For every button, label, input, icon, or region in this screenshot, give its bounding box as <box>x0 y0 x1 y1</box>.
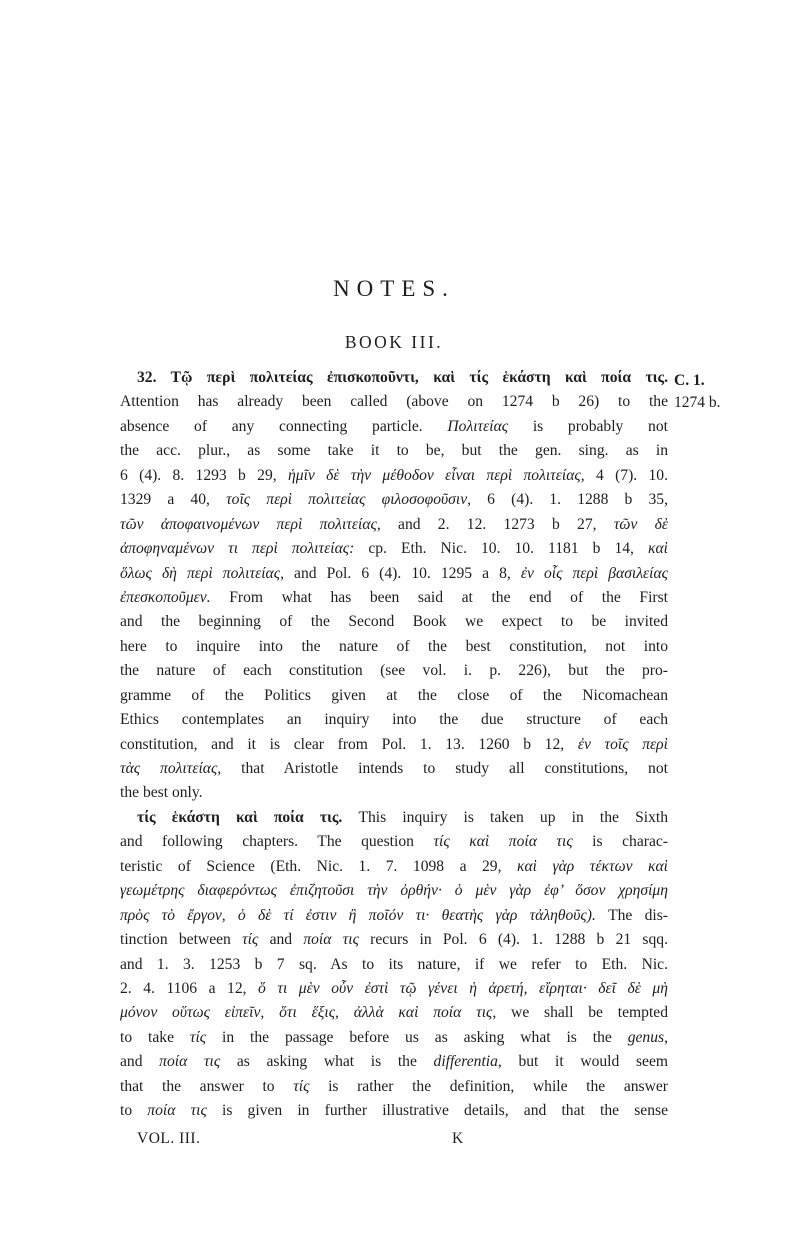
greek-text: ὅ τι μὲν οὖν ἐστὶ τῷ γένει ἡ ἀρετή, εἴρη… <box>258 980 668 997</box>
greek-text: καὶ <box>648 540 668 557</box>
margin-note-bekker-line: 1274 b. <box>674 394 721 411</box>
text-line: and the beginning of the Second Book we … <box>120 610 668 634</box>
text-line: here to inquire into the nature of the b… <box>120 635 668 659</box>
text-line: γεωμέτρης διαφερόντως ἐπιζητοῦσι τὴν ὀρθ… <box>120 879 668 903</box>
body-text: 2. 4. 1106 a 12, <box>120 980 258 997</box>
body-text: 6 (4). 8. 1293 b 29, <box>120 467 288 484</box>
margin-note-chapter: C. 1. <box>674 372 705 389</box>
text-line: τῶν ἀποφαινομένων περὶ πολιτείας, and 2.… <box>120 513 668 537</box>
greek-text: τίς καὶ ποία τις <box>433 833 572 850</box>
text-line: 32. Τῷ περὶ πολιτείας ἐπισκοποῦντι, καὶ … <box>120 366 668 390</box>
footer-signature-mark: K <box>452 1130 463 1149</box>
body-text: is probably not <box>508 418 668 435</box>
body-text: and <box>258 931 303 948</box>
body-text: The dis- <box>596 907 668 924</box>
text-line: and ποία τις as asking what is the diffe… <box>120 1050 668 1074</box>
body-text: differentia <box>434 1053 498 1070</box>
text-line: tinction between τίς and ποία τις recurs… <box>120 928 668 952</box>
greek-text: μόνον οὕτως εἰπεῖν, ὅτι ἕξις, ἀλλὰ καὶ π… <box>120 1004 496 1021</box>
greek-text: τίς <box>242 931 258 948</box>
greek-text: ἐπεσκοποῦμεν. <box>120 589 211 606</box>
body-text: we shall be tempted <box>496 1004 668 1021</box>
book-page: NOTES. BOOK III. 32. Τῷ περὶ πολιτείας ἐ… <box>0 0 800 1237</box>
text-line: the best only. <box>120 781 668 805</box>
body-text: and 1. 3. 1253 b 7 sq. As to its nature,… <box>120 956 668 973</box>
body-text: genus <box>628 1029 664 1046</box>
body-text: 32. <box>137 369 171 386</box>
text-line: absence of any connecting particle. Πολι… <box>120 415 668 439</box>
body-text: , <box>664 1029 668 1046</box>
body-text-block: 32. Τῷ περὶ πολιτείας ἐπισκοποῦντι, καὶ … <box>120 366 668 1124</box>
body-text: that the answer to <box>120 1078 293 1095</box>
greek-text: πρὸς τὸ ἔργον, ὁ δὲ τί ἐστιν ἢ ποῖόν τι·… <box>120 907 596 924</box>
body-text: and 2. 12. 1273 b 27, <box>381 516 614 533</box>
body-text: is given in further illustrative details… <box>207 1102 668 1119</box>
text-line: μόνον οὕτως εἰπεῖν, ὅτι ἕξις, ἀλλὰ καὶ π… <box>120 1001 668 1025</box>
body-text: absence of any connecting particle. <box>120 418 447 435</box>
body-text: gramme of the Politics given at the clos… <box>120 687 668 704</box>
greek-text: ποία τις <box>147 1102 207 1119</box>
book-heading: BOOK III. <box>120 332 668 353</box>
footer-volume-label: VOL. III. <box>137 1130 200 1149</box>
text-line: the nature of each constitution (see vol… <box>120 659 668 683</box>
text-line: 1329 a 40, τοῖς περὶ πολιτείας φιλοσοφοῦ… <box>120 488 668 512</box>
text-line: gramme of the Politics given at the clos… <box>120 684 668 708</box>
text-line: constitution, and it is clear from Pol. … <box>120 733 668 757</box>
text-line: 6 (4). 8. 1293 b 29, ἡμῖν δὲ τὴν μέθοδον… <box>120 464 668 488</box>
body-text: as asking what is the <box>220 1053 433 1070</box>
text-line: πρὸς τὸ ἔργον, ὁ δὲ τί ἐστιν ἢ ποῖόν τι·… <box>120 904 668 928</box>
body-text: to <box>120 1102 147 1119</box>
greek-text: Τῷ περὶ πολιτείας ἐπισκοποῦντι, καὶ τίς … <box>171 369 668 386</box>
greek-text: τοῖς περὶ πολιτείας φιλοσοφοῦσιν, <box>226 491 471 508</box>
greek-text: καὶ γὰρ τέκτων καὶ <box>517 858 668 875</box>
text-line: Attention has already been called (above… <box>120 390 668 414</box>
body-text: Ethics contemplates an inquiry into the … <box>120 711 668 728</box>
text-line: that the answer to τίς is rather the def… <box>120 1075 668 1099</box>
body-text: is rather the definition, while the answ… <box>309 1078 668 1095</box>
body-text: here to inquire into the nature of the b… <box>120 638 668 655</box>
body-text: 1329 a 40, <box>120 491 226 508</box>
body-text: Attention has already been called (above… <box>120 393 668 410</box>
text-line: to take τίς in the passage before us as … <box>120 1026 668 1050</box>
body-text: tinction between <box>120 931 242 948</box>
greek-text: ὅλως δὴ περὶ πολιτείας, <box>120 565 284 582</box>
text-line: and following chapters. The question τίς… <box>120 830 668 854</box>
greek-text: Πολιτείας <box>447 418 508 435</box>
text-line: τὰς πολιτείας, that Aristotle intends to… <box>120 757 668 781</box>
body-text: 4 (7). 10. <box>585 467 668 484</box>
body-text: cp. Eth. Nic. 10. 10. 1181 b 14, <box>354 540 648 557</box>
body-text: constitution, and it is clear from Pol. … <box>120 736 578 753</box>
greek-text: τῶν ἀποφαινομένων περὶ πολιτείας, <box>120 516 381 533</box>
body-text: the nature of each constitution (see vol… <box>120 662 668 679</box>
text-line: ὅλως δὴ περὶ πολιτείας, and Pol. 6 (4). … <box>120 562 668 586</box>
text-line: teristic of Science (Eth. Nic. 1. 7. 109… <box>120 855 668 879</box>
text-line: ἐπεσκοποῦμεν. From what has been said at… <box>120 586 668 610</box>
body-text: teristic of Science (Eth. Nic. 1. 7. 109… <box>120 858 517 875</box>
greek-text: τῶν δὲ <box>614 516 668 533</box>
body-text: and <box>120 1053 159 1070</box>
text-line: Ethics contemplates an inquiry into the … <box>120 708 668 732</box>
text-line: ἀποφηναμένων τι περὶ πολιτείας: cp. Eth.… <box>120 537 668 561</box>
greek-text: γεωμέτρης διαφερόντως ἐπιζητοῦσι τὴν ὀρθ… <box>120 882 668 899</box>
greek-text: ποία τις <box>159 1053 220 1070</box>
text-line: τίς ἑκάστη καὶ ποία τις. This inquiry is… <box>120 806 668 830</box>
body-text: and following chapters. The question <box>120 833 433 850</box>
body-text: the best only. <box>120 784 203 801</box>
greek-text: τὰς πολιτείας, <box>120 760 221 777</box>
greek-text: ποία τις <box>303 931 359 948</box>
body-text: From what has been said at the end of th… <box>211 589 668 606</box>
body-text: This inquiry is taken up in the Sixth <box>342 809 668 826</box>
body-text: is charac- <box>573 833 668 850</box>
body-text: the acc. plur., as some take it to be, b… <box>120 442 668 459</box>
body-text: and Pol. 6 (4). 10. 1295 a 8, <box>284 565 521 582</box>
greek-text: ἡμῖν δὲ τὴν μέθοδον εἶναι περὶ πολιτείας… <box>288 467 585 484</box>
body-text: to take <box>120 1029 190 1046</box>
body-text: , but it would seem <box>498 1053 668 1070</box>
greek-text: ἀποφηναμένων τι περὶ πολιτείας: <box>120 540 354 557</box>
greek-text: ἐν τοῖς περὶ <box>578 736 668 753</box>
greek-text: τίς <box>190 1029 206 1046</box>
text-line: to ποία τις is given in further illustra… <box>120 1099 668 1123</box>
greek-text: ἐν οἷς περὶ βασιλείας <box>521 565 668 582</box>
text-line: 2. 4. 1106 a 12, ὅ τι μὲν οὖν ἐστὶ τῷ γέ… <box>120 977 668 1001</box>
greek-text: τίς ἑκάστη καὶ ποία τις. <box>137 809 342 826</box>
body-text: in the passage before us as asking what … <box>206 1029 628 1046</box>
text-line: the acc. plur., as some take it to be, b… <box>120 439 668 463</box>
body-text: that Aristotle intends to study all cons… <box>221 760 668 777</box>
page-title: NOTES. <box>120 276 668 302</box>
text-line: and 1. 3. 1253 b 7 sq. As to its nature,… <box>120 953 668 977</box>
greek-text: τίς <box>293 1078 309 1095</box>
body-text: and the beginning of the Second Book we … <box>120 613 668 630</box>
body-text: recurs in Pol. 6 (4). 1. 1288 b 21 sqq. <box>359 931 668 948</box>
body-text: 6 (4). 1. 1288 b 35, <box>471 491 668 508</box>
